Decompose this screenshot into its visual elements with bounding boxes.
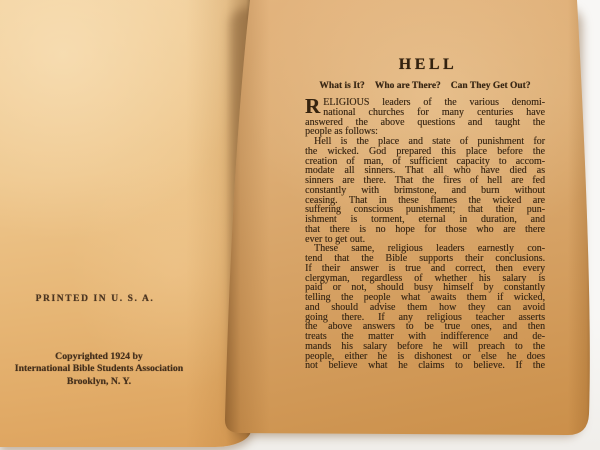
drop-cap: R bbox=[305, 98, 323, 117]
copyright-line: Copyrighted 1924 by bbox=[0, 351, 198, 363]
body-text: RELIGIOUS leaders of the various denomi-… bbox=[305, 98, 545, 371]
body-line: not believe what he claims to believe. I… bbox=[305, 361, 545, 371]
subtitle-question: Who are There? bbox=[375, 81, 441, 91]
paragraph: RELIGIOUS leaders of the various denomi-… bbox=[305, 98, 545, 137]
paragraph: Hell is the place and state of punishmen… bbox=[305, 137, 545, 244]
copyright-block: Copyrighted 1924 byInternational Bible S… bbox=[0, 351, 198, 388]
copyright-line: Brooklyn, N. Y. bbox=[0, 376, 198, 388]
page-title: HELL bbox=[305, 56, 548, 74]
copyright-line: International Bible Students Association bbox=[0, 363, 198, 375]
left-page: PRINTED IN U. S. A. Copyrighted 1924 byI… bbox=[0, 0, 251, 447]
right-page: HELL What is It?Who are There?Can They G… bbox=[222, 0, 590, 437]
subtitle-question: Can They Get Out? bbox=[451, 81, 531, 91]
subtitle-question: What is It? bbox=[319, 81, 364, 91]
subtitle: What is It?Who are There?Can They Get Ou… bbox=[305, 81, 545, 91]
printed-in-usa: PRINTED IN U. S. A. bbox=[5, 294, 185, 304]
book-photo: PRINTED IN U. S. A. Copyrighted 1924 byI… bbox=[0, 0, 600, 450]
paragraph: These same, religious leaders earnestly … bbox=[305, 244, 545, 371]
